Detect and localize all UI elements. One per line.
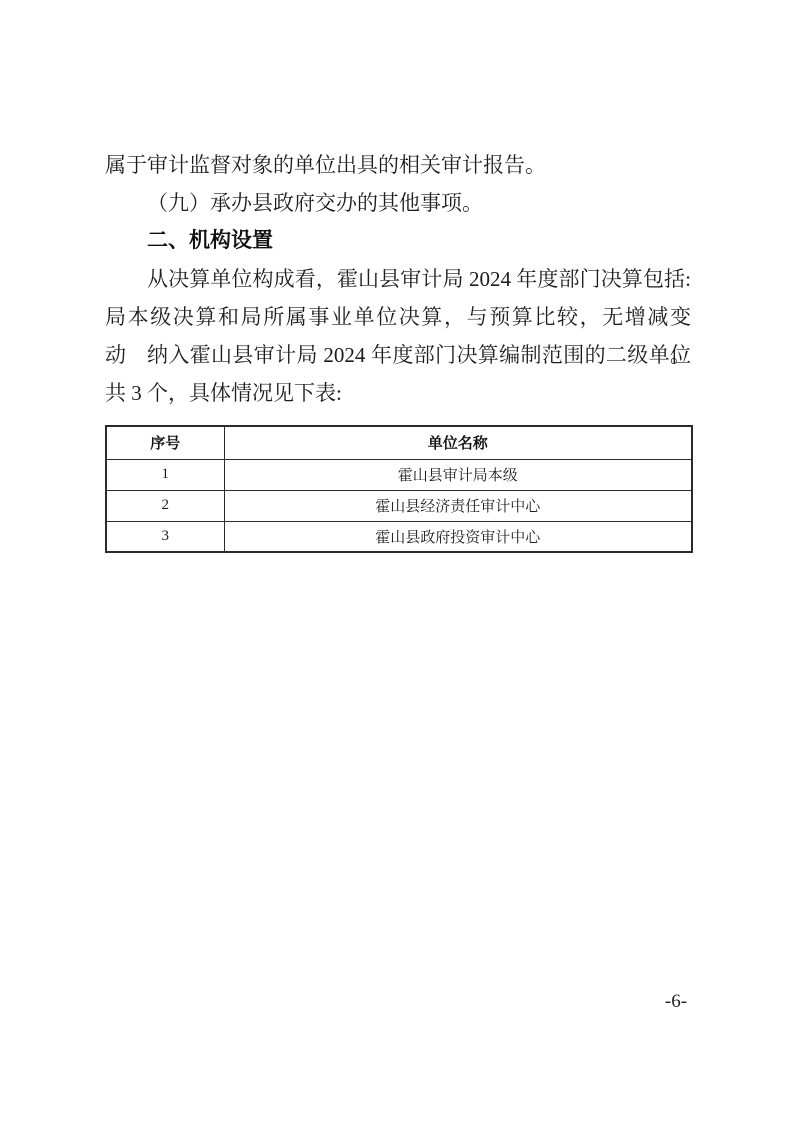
paragraph-2-line-1: 纳入霍山县审计局 2024 年度部门决算编制范围的二级单位 [105,336,691,374]
table-header-serial-number: 序号 [106,426,224,459]
page-number: -6- [650,991,702,1013]
table-cell-unit-name: 霍山县政府投资审计中心 [224,521,692,552]
document-page: 属于审计监督对象的单位出具的相关审计报告。 （九）承办县政府交办的其他事项。 二… [0,0,793,1122]
document-body: 属于审计监督对象的单位出具的相关审计报告。 （九）承办县政府交办的其他事项。 二… [105,146,691,553]
table-cell-serial-number: 1 [106,459,224,490]
section-heading: 二、机构设置 [105,222,691,260]
table-header-row: 序号 单位名称 [106,426,692,459]
paragraph-2-line-2: 共 3 个，具体情况见下表: [105,374,691,412]
table-row: 1 霍山县审计局本级 [106,459,692,490]
paragraph-1-line-1: 从决算单位构成看，霍山县审计局 2024 年度部门决算包括: [105,260,691,298]
table-cell-serial-number: 2 [106,490,224,521]
units-table: 序号 单位名称 1 霍山县审计局本级 2 霍山县经济责任审计中心 3 霍山县政府… [105,425,693,553]
paragraph-1-line-2: 局本级决算和局所属事业单位决算，与预算比较，无增减变动。 [105,298,691,336]
table-row: 2 霍山县经济责任审计中心 [106,490,692,521]
table-header-unit-name: 单位名称 [224,426,692,459]
table-cell-unit-name: 霍山县审计局本级 [224,459,692,490]
paragraph-continuation-line: 属于审计监督对象的单位出具的相关审计报告。 [105,146,691,184]
table-cell-serial-number: 3 [106,521,224,552]
list-item-nine: （九）承办县政府交办的其他事项。 [105,184,691,222]
table-row: 3 霍山县政府投资审计中心 [106,521,692,552]
table-cell-unit-name: 霍山县经济责任审计中心 [224,490,692,521]
